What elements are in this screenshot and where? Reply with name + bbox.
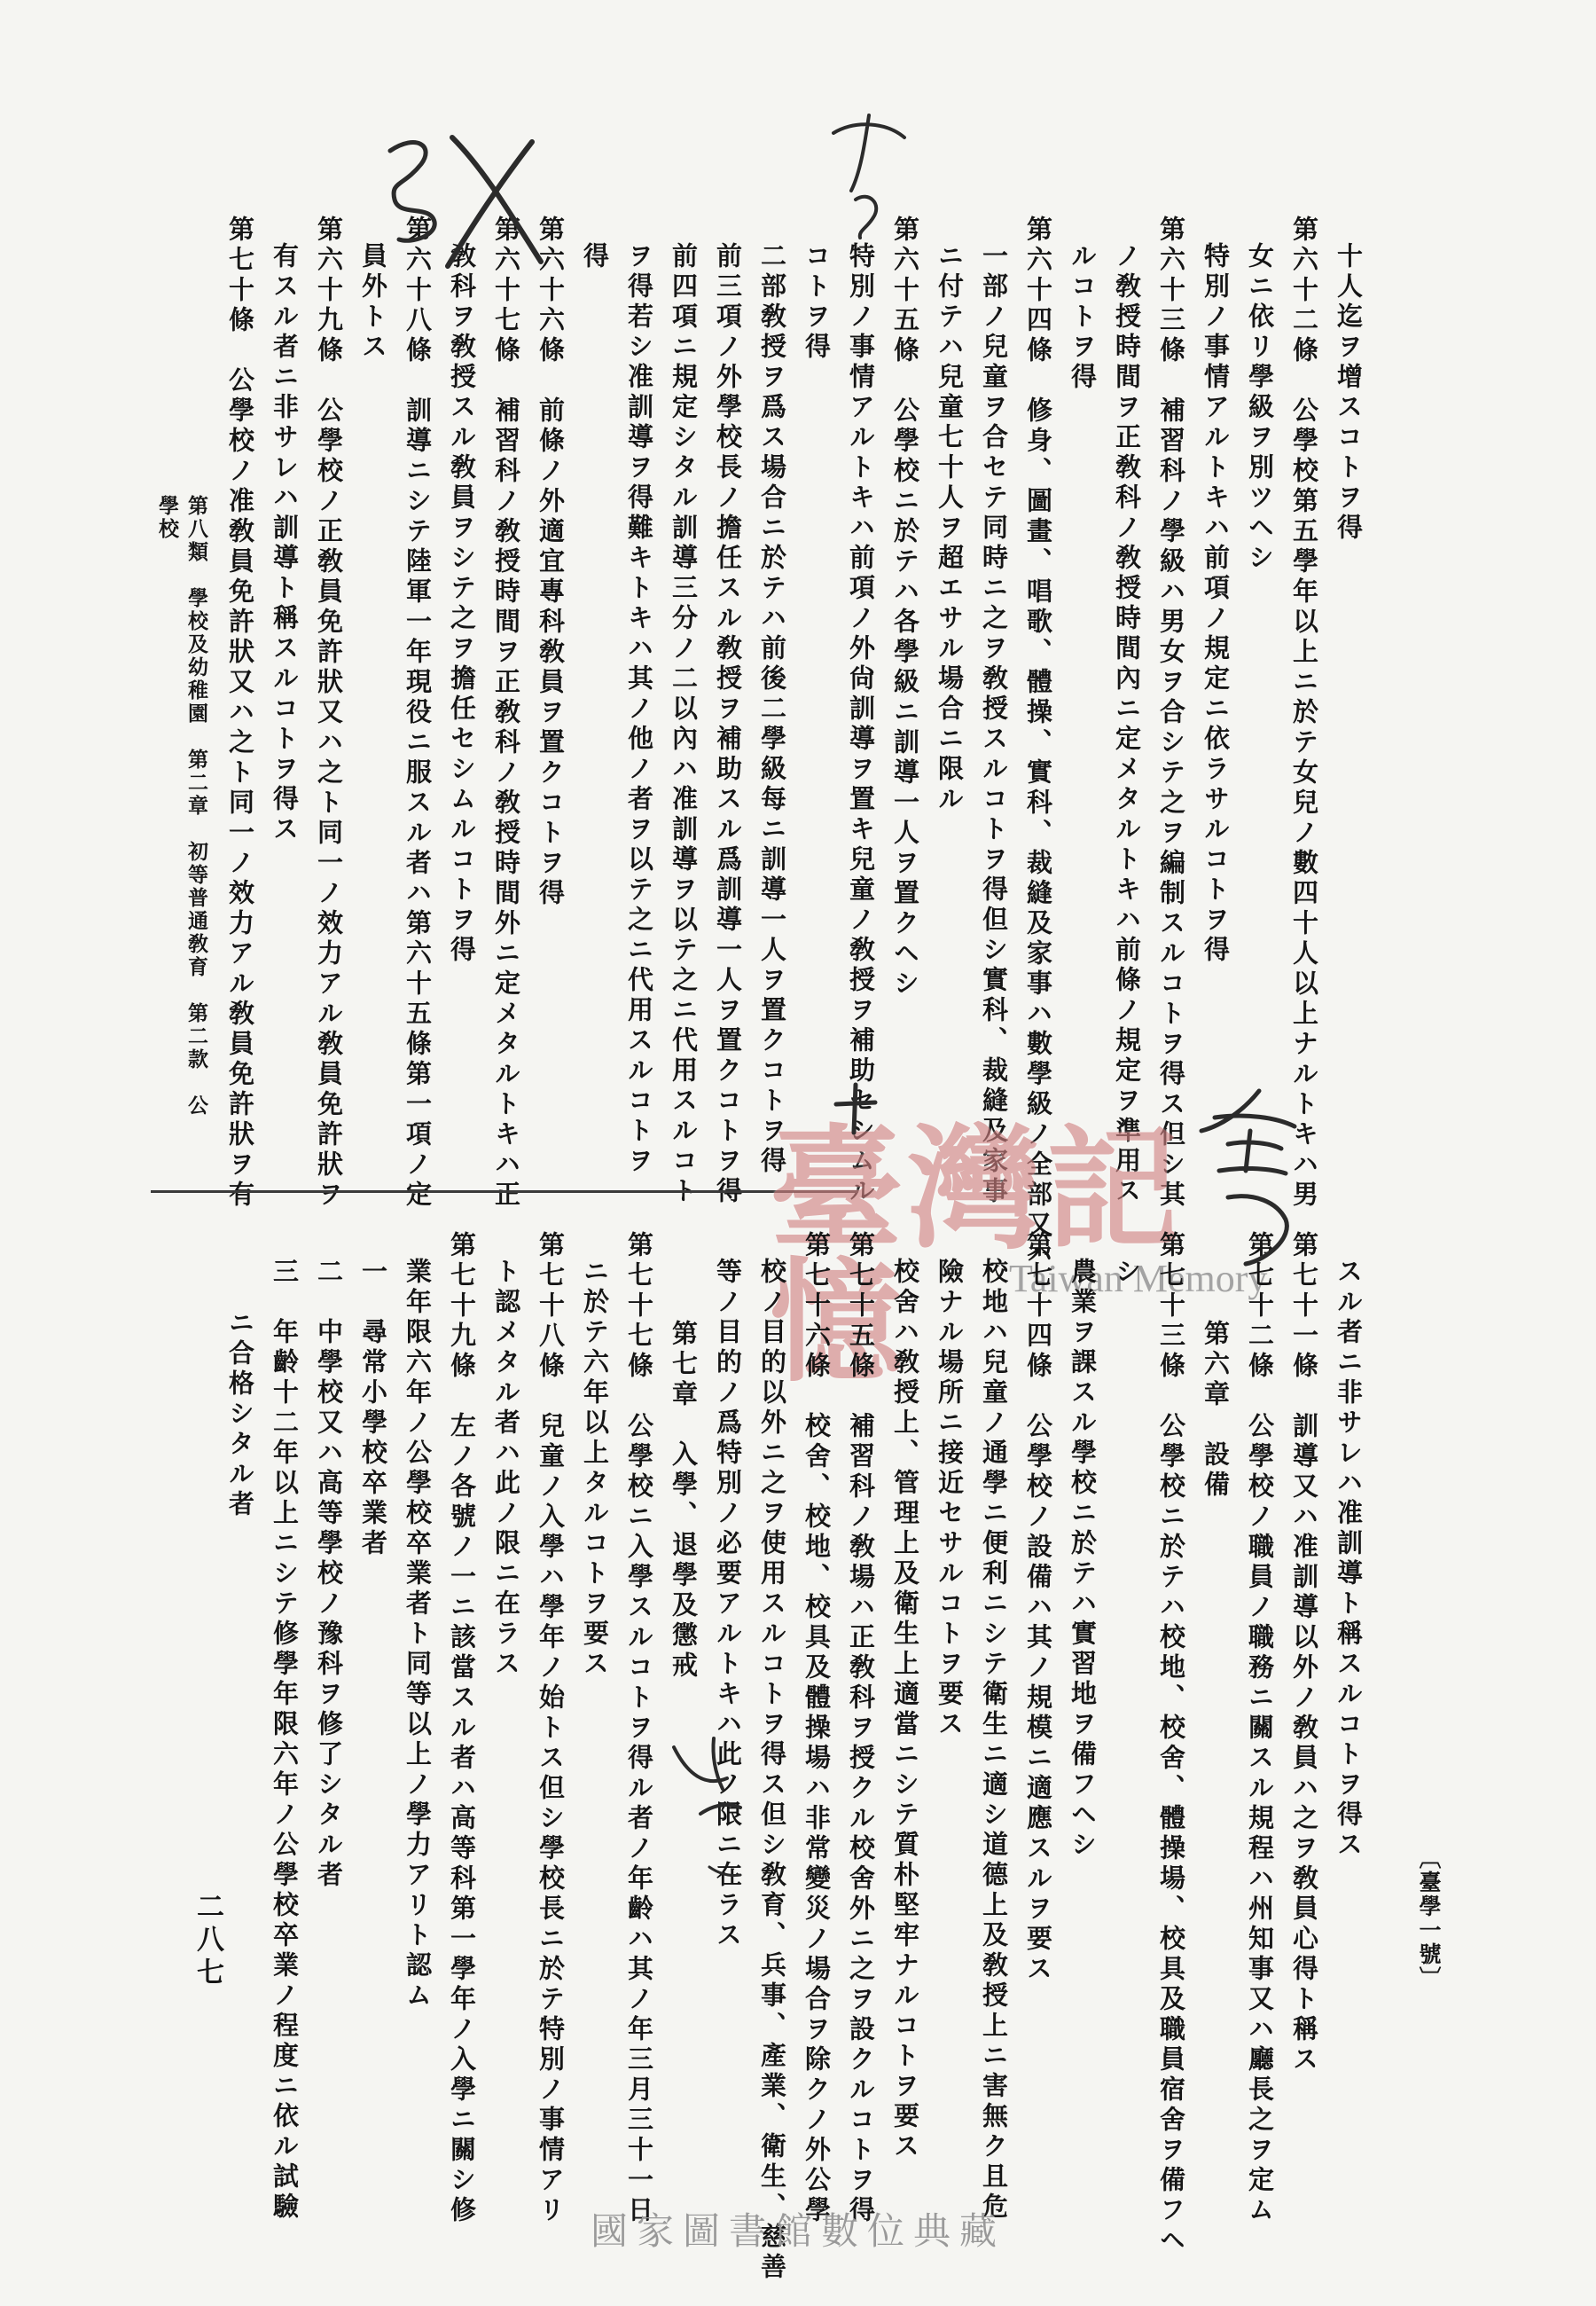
text-line: ニ合格シタル者 <box>217 1231 262 2184</box>
article-line: 第七十四條 公學校ノ設備ハ其ノ規模ニ適應スルヲ要ス <box>1015 1231 1060 2184</box>
text-line: 險ナル場所ニ接近セサルコトヲ要ス <box>927 1231 971 2184</box>
article-line: 第七十八條 兒童ノ入學ハ學年ノ始トス但シ學校長ニ於テ特別ノ事情アリ <box>528 1231 572 2184</box>
text-line: 二部敎授ヲ爲ス場合ニ於テハ前後二學級每ニ訓導一人ヲ置クコトヲ得 <box>749 216 794 1204</box>
text-line: 特別ノ事情アルトキハ前項ノ外尙訓導ヲ置キ兒童ノ敎授ヲ補助セシムル <box>838 216 882 1204</box>
series-label: 〔臺學一號〕 <box>1412 1847 1443 2024</box>
text-line: シ <box>1104 1231 1148 2184</box>
text-line: 得 <box>572 216 616 1204</box>
article-line: 第七十九條 左ノ各號ノ一ニ該當スル者ハ高等科第一學年ノ入學ニ關シ修 <box>439 1231 483 2184</box>
text-line: 農業ヲ課スル學校ニ於テハ實習地ヲ備フヘシ <box>1060 1231 1104 2184</box>
page-top-text-block: 十人迄ヲ增スコトヲ得第六十二條 公學校第五學年以上ニ於テ女兒ノ數四十人以上ナルト… <box>208 216 1370 1204</box>
article-line: 第六十四條 修身、圖畫、唱歌、體操、實科、裁縫及家事ハ數學級ノ全部又ハ <box>1015 216 1060 1204</box>
margin-running-header: 第八類 學校及幼稚園 第二章 初等普通敎育 第二款 公學校 <box>153 495 211 1133</box>
text-line: 有スル者ニ非サレハ訓導ト稱スルコトヲ得ス <box>262 216 306 1204</box>
text-line: ノ敎授時間ヲ正敎科ノ敎授時間內ニ定メタルトキハ前條ノ規定ヲ準用ス <box>1104 216 1148 1204</box>
text-line: 特別ノ事情アルトキハ前項ノ規定ニ依ラサルコトヲ得 <box>1193 216 1237 1204</box>
text-line: 十人迄ヲ增スコトヲ得 <box>1326 216 1370 1204</box>
text-line: スル者ニ非サレハ准訓導ト稱スルコトヲ得ス <box>1326 1231 1370 2184</box>
article-line: 第七十七條 公學校ニ入學スルコトヲ得ル者ノ年齡ハ其ノ年三月三十一日 <box>616 1231 661 2184</box>
article-line: 第七十一條 訓導又ハ准訓導以外ノ敎員ハ之ヲ敎員心得ト稱ス <box>1281 1231 1326 2184</box>
text-line: 敎科ヲ敎授スル敎員ヲシテ之ヲ擔任セシムルコトヲ得 <box>439 216 483 1204</box>
article-line: 第六十六條 前條ノ外適宜專科敎員ヲ置クコトヲ得 <box>528 216 572 1204</box>
page-number: 二八七 <box>188 1892 228 2016</box>
text-line: 前三項ノ外學校長ノ擔任スル敎授ヲ補助スル爲訓導一人ヲ置クコトヲ得 <box>705 216 749 1204</box>
text-line: 女ニ依リ學級ヲ別ツヘシ <box>1237 216 1281 1204</box>
article-line: 第七十條 公學校ノ准敎員免許狀又ハ之ト同一ノ效力アル敎員免許狀ヲ有 <box>217 216 262 1204</box>
text-line: 前四項ニ規定シタル訓導三分ノ二以內ハ准訓導ヲ以テ之ニ代用スルコト <box>661 216 705 1204</box>
article-line: 第六十八條 訓導ニシテ陸軍一年現役ニ服スル者ハ第六十五條第一項ノ定 <box>395 216 439 1204</box>
text-line: 業年限六年ノ公學校卒業者ト同等以上ノ學力アリト認ム <box>395 1231 439 2184</box>
article-line: 第七十五條 補習科ノ敎場ハ正敎科ヲ授クル校舍外ニ之ヲ設クルコトヲ得 <box>838 1231 882 2184</box>
list-item-line: 二 中學校又ハ高等學校ノ豫科ヲ修了シタル者 <box>306 1231 350 2184</box>
article-line: 第六十九條 公學校ノ正敎員免許狀又ハ之ト同一ノ效力アル敎員免許狀ヲ <box>306 216 350 1204</box>
text-line: 員外トス <box>350 216 395 1204</box>
text-line: ヲ得若シ准訓導ヲ得難キトキハ其ノ他ノ者ヲ以テ之ニ代用スルコトヲ <box>616 216 661 1204</box>
scanned-document-page: 十人迄ヲ增スコトヲ得第六十二條 公學校第五學年以上ニ於テ女兒ノ數四十人以上ナルト… <box>0 0 1596 2306</box>
text-line: 校ノ目的以外ニ之ヲ使用スルコトヲ得ス但シ敎育、兵事、產業、衛生、慈善 <box>749 1231 794 2184</box>
list-item-line: 三 年齡十二年以上ニシテ修學年限六年ノ公學校卒業ノ程度ニ依ル試驗 <box>262 1231 306 2184</box>
article-line: 第七十二條 公學校ノ職員ノ職務ニ關スル規程ハ州知事又ハ廳長之ヲ定ム <box>1237 1231 1281 2184</box>
article-line: 第六十七條 補習科ノ敎授時間ヲ正敎科ノ敎授時間外ニ定メタルトキハ正 <box>483 216 528 1204</box>
text-line: ニ付テハ兒童七十人ヲ超エサル場合ニ限ル <box>927 216 971 1204</box>
article-line: 第六十二條 公學校第五學年以上ニ於テ女兒ノ數四十人以上ナルトキハ男 <box>1281 216 1326 1204</box>
page-bottom-text-block: スル者ニ非サレハ准訓導ト稱スルコトヲ得ス第七十一條 訓導又ハ准訓導以外ノ敎員ハ之… <box>208 1231 1370 2184</box>
article-line: 第七十三條 公學校ニ於テハ校地、校舍、體操場、校具及職員宿舍ヲ備フヘ <box>1148 1231 1193 2184</box>
text-line: ト認メタル者ハ此ノ限ニ在ラス <box>483 1231 528 2184</box>
article-line: 第六十五條 公學校ニ於テハ各學級ニ訓導一人ヲ置クヘシ <box>882 216 927 1204</box>
text-line: ルコトヲ得 <box>1060 216 1104 1204</box>
list-item-line: 一 尋常小學校卒業者 <box>350 1231 395 2184</box>
archive-footer-label: 國家圖書館數位典藏 <box>0 2202 1596 2255</box>
chapter-heading: 第六章 設備 <box>1193 1231 1237 2184</box>
text-line: 校舍ハ敎授上、管理上及衛生上適當ニシテ質朴堅牢ナルコトヲ要ス <box>882 1231 927 2184</box>
article-line: 第七十六條 校舍、校地、校具及體操場ハ非常變災ノ場合ヲ除クノ外公學 <box>794 1231 838 2184</box>
article-line: 第六十三條 補習科ノ學級ハ男女ヲ合シテ之ヲ編制スルコトヲ得ス但シ其 <box>1148 216 1193 1204</box>
text-line: 校地ハ兒童ノ通學ニ便利ニシテ衛生ニ適シ道德上及敎授上ニ害無ク且危 <box>971 1231 1015 2184</box>
chapter-heading: 第七章 入學、退學及懲戒 <box>661 1231 705 2184</box>
text-line: ニ於テ六年以上タルコトヲ要ス <box>572 1231 616 2184</box>
page-divider-rule <box>151 1190 858 1193</box>
text-line: 一部ノ兒童ヲ合セテ同時ニ之ヲ敎授スルコトヲ得但シ實科、裁縫及家事 <box>971 216 1015 1204</box>
text-line: 等ノ目的ノ爲特別ノ必要アルトキハ此ノ限ニ在ラス <box>705 1231 749 2184</box>
text-line: コトヲ得 <box>794 216 838 1204</box>
